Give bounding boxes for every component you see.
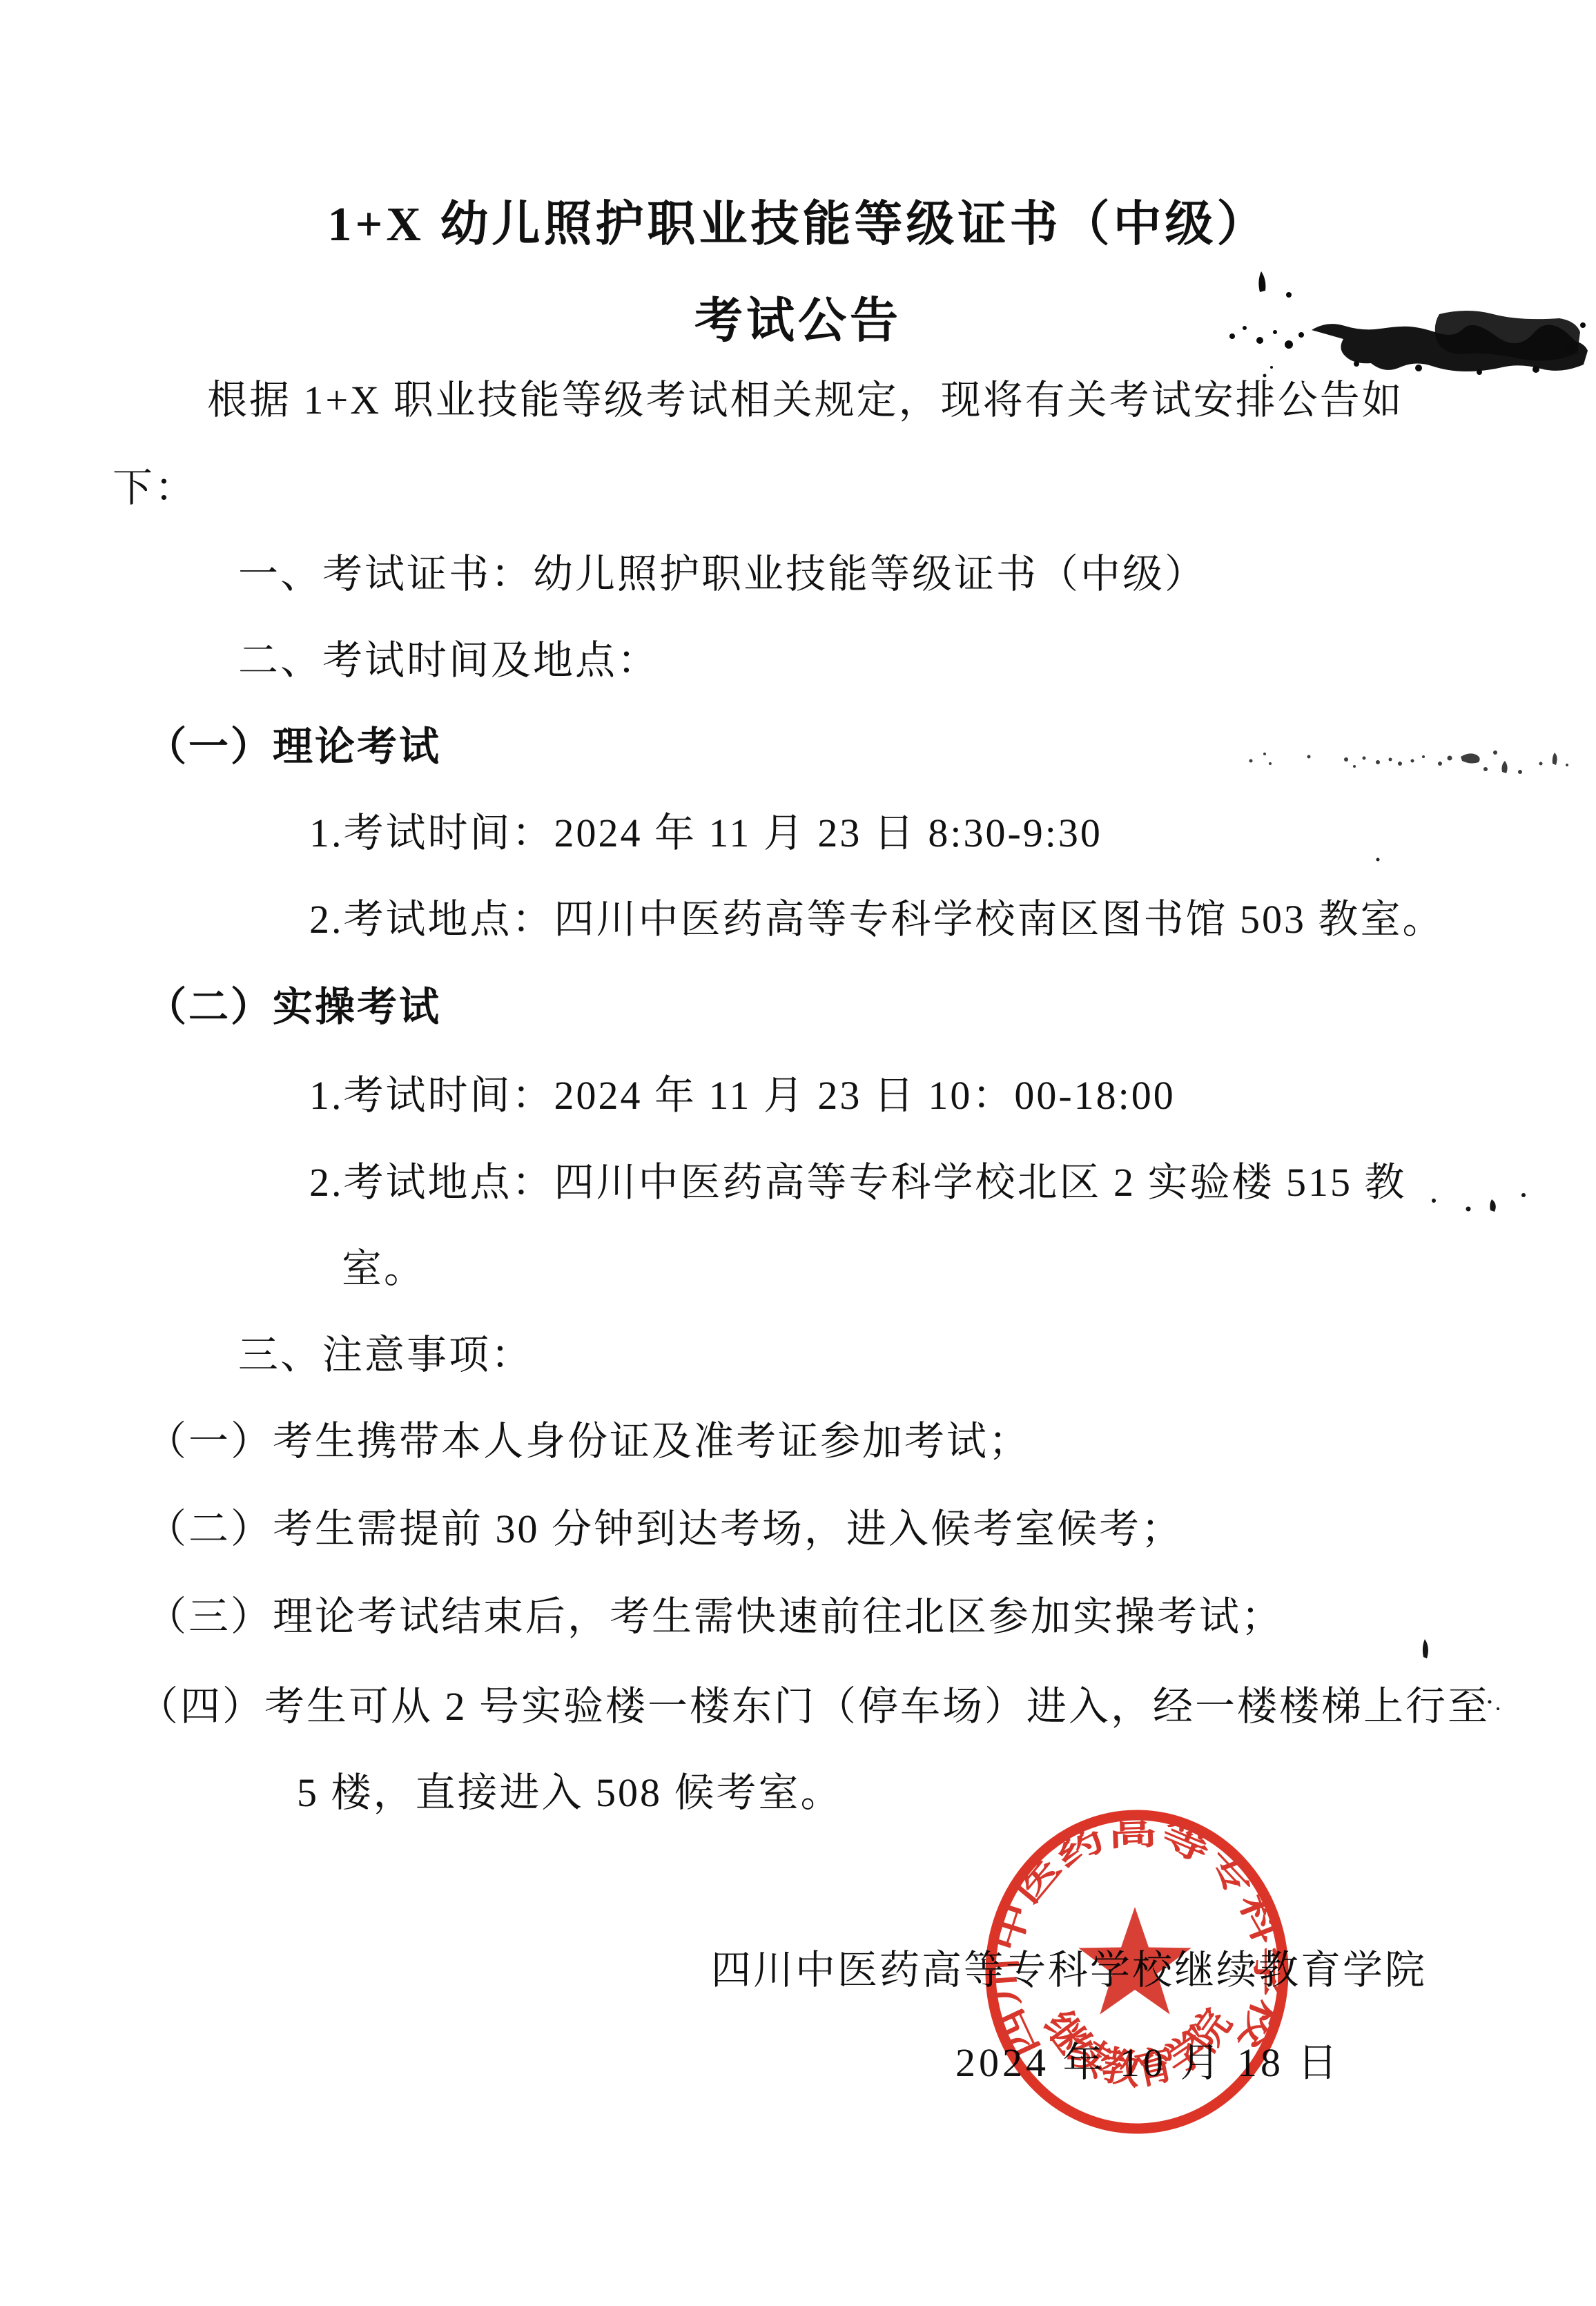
item-2-time-place-heading: 二、考试时间及地点： [238, 639, 659, 683]
note-4-entrance-line2: 5 楼，直接进入 508 候考室。 [297, 1771, 843, 1815]
scan-stray-dot [1374, 855, 1382, 863]
practical-exam-time: 1.考试时间：2024 年 11 月 23 日 10：00-18:00 [309, 1074, 1176, 1118]
note-4-entrance-line1: （四）考生可从 2 号实验楼一楼东门（停车场）进入，经一楼楼梯上行至 [138, 1685, 1490, 1729]
apostrophe-shape [1421, 1638, 1434, 1661]
scan-smudge-dotted-band [1243, 733, 1581, 782]
dot-pair [1488, 1701, 1500, 1711]
note-2-arrive-early: （二）考生需提前 30 分钟到达考场，进入候考室候考； [146, 1507, 1183, 1551]
document-title-line1: 1+X 幼儿照护职业技能等级证书（中级） [0, 185, 1596, 255]
apostrophe-stroke [1423, 1639, 1428, 1658]
seal-bottom-arc-text: 继续教育学院 [1035, 2002, 1240, 2094]
section-theory-exam-heading: （一）理论考试 [146, 725, 441, 769]
note-3-go-north-campus: （三）理论考试结束后，考生需快速前往北区参加实操考试； [146, 1595, 1283, 1639]
scanned-exam-announcement-page: 1+X 幼儿照护职业技能等级证书（中级） 考试公告 根据 1+X 职业技能等级考… [0, 0, 1596, 2306]
dot-cluster [1249, 750, 1569, 774]
scan-tick-paragraph1 [1261, 363, 1278, 381]
tick-shape [1261, 363, 1278, 381]
scan-apostrophe-mark [1421, 1638, 1434, 1661]
dotted-smudge-shape [1243, 733, 1581, 782]
note-1-id-required: （一）考生携带本人身份证及准考证参加考试； [146, 1420, 1031, 1464]
scan-dots-after-515-line [1425, 1184, 1536, 1222]
stray-dot-shape [1374, 855, 1382, 864]
scan-dot-note4 [1484, 1695, 1505, 1716]
seal-graphic: 四川中医药高等专科学校 继续教育学院 [979, 1803, 1295, 2140]
seal-star-icon [1078, 1907, 1191, 2015]
theory-exam-time: 1.考试时间：2024 年 11 月 23 日 8:30-9:30 [309, 811, 1102, 855]
item-1-certificate: 一、考试证书：幼儿照护职业技能等级证书（中级） [238, 552, 1207, 597]
small-dots-shape [1425, 1184, 1536, 1222]
practical-exam-location-line1: 2.考试地点：四川中医药高等专科学校北区 2 实验楼 515 教 [309, 1161, 1407, 1205]
official-seal-stamp: 四川中医药高等专科学校 继续教育学院 [979, 1803, 1295, 2140]
intro-line-2: 下： [113, 466, 197, 510]
theory-exam-location: 2.考试地点：四川中医药高等专科学校南区图书馆 503 教室。 [309, 898, 1445, 942]
tick-dots [1263, 366, 1274, 378]
dot-group [1432, 1193, 1526, 1212]
dot-shape [1484, 1695, 1505, 1716]
item-3-notes-heading: 三、注意事项： [238, 1333, 533, 1377]
stray-dot [1376, 858, 1380, 862]
smudge-marks [1229, 271, 1588, 375]
section-practical-exam-heading: （二）实操考试 [146, 985, 441, 1029]
practical-exam-location-line2: 室。 [342, 1247, 426, 1291]
